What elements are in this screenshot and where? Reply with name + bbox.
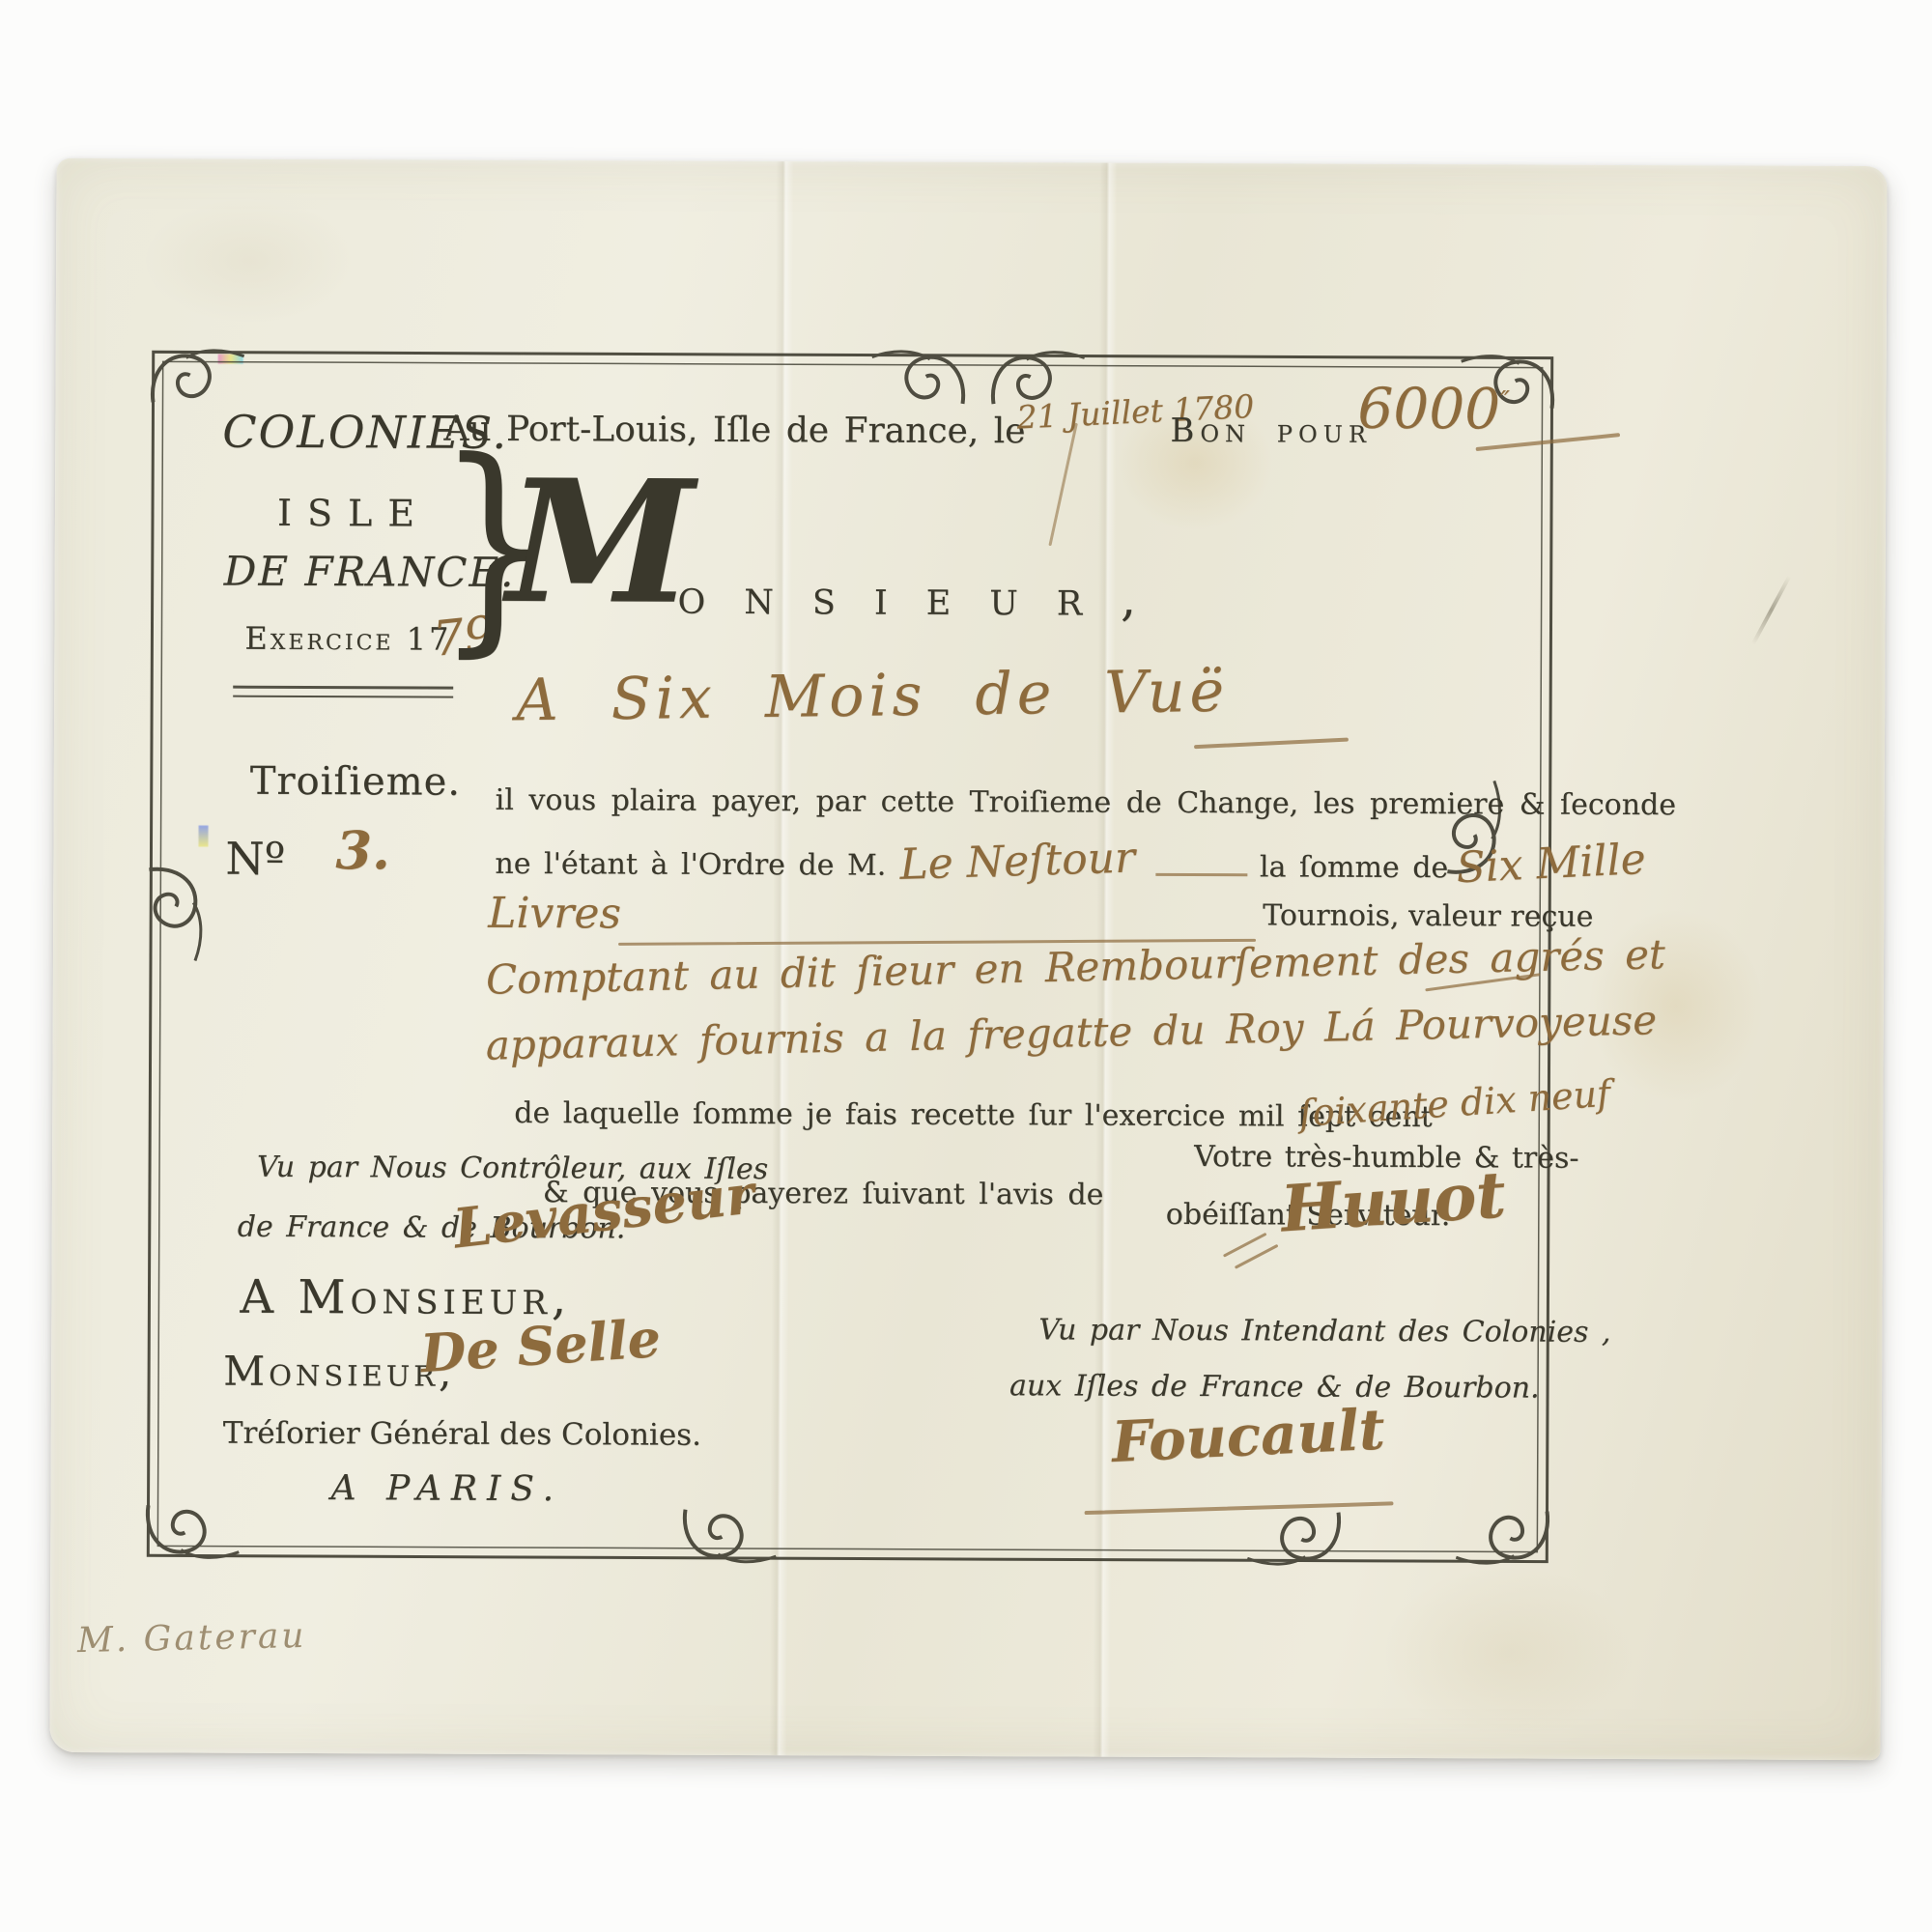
order-clause-line: ne l'étant à l'Ordre de M. Le Neſtour la…	[495, 837, 1645, 889]
bon-pour-label: Bon pour	[1170, 413, 1372, 450]
salutation-rest: onsieur,	[678, 571, 1176, 626]
number-label: Nº	[225, 835, 285, 884]
payer-clause-line: il vous plaira payer, par cette Troiſiem…	[496, 784, 1676, 821]
scan-background: COLONIES. ISLE DE FRANCE. Exercice 17 79…	[0, 0, 1932, 1932]
edge-scroll-ornament	[685, 1510, 777, 1562]
edge-scroll-ornament	[1247, 1512, 1339, 1564]
livres-handwritten: Livres	[488, 891, 621, 938]
paper-stain	[143, 197, 356, 324]
payee-handwritten: Le Neſtour	[899, 836, 1136, 890]
intendant-line-2: aux Iſles de France & de Bourbon.	[1009, 1370, 1540, 1404]
term-handwritten: A Six Mois de Vuë	[516, 660, 1230, 733]
isle-label: ISLE	[277, 494, 430, 534]
corner-scroll-ornament	[1456, 1511, 1548, 1563]
tournois-printed: Tournois, valeur reçue	[1263, 899, 1593, 932]
pencil-annotation: M. Gaterau	[77, 1617, 307, 1661]
somme-printed: la ſomme de	[1260, 851, 1448, 884]
recette-printed: de laquelle ſomme je fais recette ſur l'…	[514, 1097, 1433, 1133]
payee-flourish-stroke	[1156, 873, 1248, 876]
number-value-handwritten: 3.	[335, 822, 390, 880]
corner-scroll-ornament	[153, 351, 244, 403]
exercice-label: Exercice 17	[244, 622, 451, 657]
address-title: Tréſorier Général des Colonies.	[223, 1417, 701, 1452]
amount-unit-superscript: ″	[1500, 386, 1510, 415]
ordinal-label: Troiſieme.	[250, 760, 461, 804]
paper-sheet: COLONIES. ISLE DE FRANCE. Exercice 17 79…	[49, 158, 1887, 1760]
servant-signature-handwritten: Huuot	[1279, 1159, 1508, 1244]
paper-tear	[1751, 575, 1791, 644]
amount-handwritten: 6000″	[1357, 379, 1510, 440]
address-city: A PARIS.	[331, 1469, 564, 1509]
order-printed: ne l'étant à l'Ordre de M.	[495, 848, 886, 882]
intendant-signature-handwritten: Foucault	[1110, 1400, 1385, 1474]
edge-scroll-ornament	[149, 869, 201, 961]
corner-scroll-ornament	[148, 1505, 240, 1557]
edge-scroll-ornament	[872, 352, 964, 404]
intendant-line-1: Vu par Nous Intendant des Colonies ,	[1038, 1314, 1610, 1349]
salutation-initial: M	[506, 450, 695, 637]
header-divider-rule	[233, 686, 453, 698]
amount-words-handwritten: Six Mille	[1455, 837, 1646, 893]
paper-stain	[1382, 1565, 1634, 1740]
